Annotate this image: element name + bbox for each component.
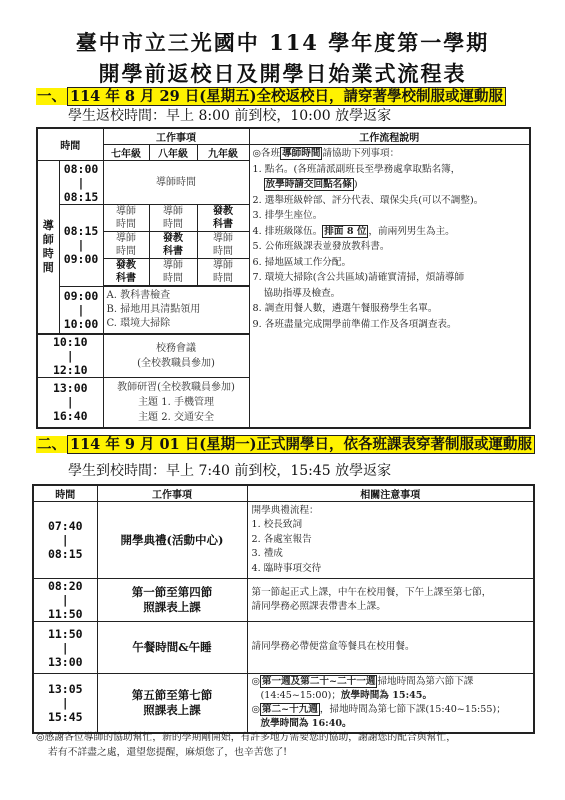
notes-lunch: 請同學務必帶便當盒等餐具在校用餐。 xyxy=(247,622,534,674)
header-grade7: 七年級 xyxy=(103,145,149,161)
process-item-7-cont: 協助指導及檢查。 xyxy=(253,286,527,302)
process-item-4: 4. 排班級隊伍。排面 8 位，前兩列男生為主。 xyxy=(253,224,527,240)
time-cell: 09:00|10:00 xyxy=(59,286,103,334)
grid-cell-textbook: 發教科書 xyxy=(149,232,197,259)
task-lunch: 午餐時間&午睡 xyxy=(97,622,247,674)
process-item-6: 6. 掃地區域工作分配。 xyxy=(253,255,527,271)
return-day-table: 時間 工作事項 工作流程說明 七年級 八年級 九年級 ◎各班導師時間請協助下列事… xyxy=(36,127,531,429)
process-item-3: 3. 排學生座位。 xyxy=(253,208,527,224)
section2-heading-text: 114 年 9 月 01 日(星期一)正式開學日，依各班課表穿著制服或運動服 xyxy=(67,435,535,454)
task-homeroom: 導師時間 xyxy=(103,161,249,205)
footer-line2: 若有不詳盡之處，還望您提醒，麻煩您了，也辛苦您了! xyxy=(48,746,287,760)
process-item-1-cont: 放學時請交回點名條) xyxy=(253,177,527,193)
time-cell: 08:00|08:15 xyxy=(59,161,103,205)
task-opening-ceremony: 開學典禮(活動中心) xyxy=(97,502,247,579)
section2-subtitle: 學生到校時間：早上 7:40 前到校，15:45 放學返家 xyxy=(68,462,391,480)
process-description: ◎各班導師時間請協助下列事項： 1. 點名。(各班請派副班長至學務處拿取點名簿，… xyxy=(249,145,530,428)
cleanup-tasks: A. 教科書檢查 B. 掃地用具清點領用 C. 環境大掃除 xyxy=(103,286,249,334)
process-item-9: 9. 各班盡量完成開學前準備工作及各項調查表。 xyxy=(253,317,527,333)
time-cell: 13:05|15:45 xyxy=(33,674,97,734)
header-work-items: 工作事項 xyxy=(103,128,249,145)
header-process: 工作流程說明 xyxy=(249,128,530,145)
process-item-7: 7. 環境大掃除(含公共區域)請確實清掃，煩請導師 xyxy=(253,270,527,286)
footer-line1: ◎感謝各位導師的協助幫忙，新的學期剛開始，有許多地方需要您的協助，謝謝您的配合與… xyxy=(36,731,456,745)
header-notes: 相關注意事項 xyxy=(247,485,534,502)
section2-heading: 二、114 年 9 月 01 日(星期一)正式開學日，依各班課表穿著制服或運動服 xyxy=(36,436,535,454)
grid-cell: 導師時間 xyxy=(103,232,149,259)
grid-cell: 導師時間 xyxy=(197,259,249,287)
document-title-line1: 臺中市立三光國中 114 學年度第一學期 xyxy=(0,30,565,56)
task-periods-1-4: 第一節至第四節照課表上課 xyxy=(97,579,247,622)
process-item-1: 1. 點名。(各班請派副班長至學務處拿取點名簿， xyxy=(253,162,527,178)
process-item-8: 8. 調查用餐人數，遴選午餐服務學生名單。 xyxy=(253,301,527,317)
notes-periods-5-7: ◎第一週及第二十~二十一週掃地時間為第六節下課 (14:45~15:00)；放學… xyxy=(247,674,534,734)
time-cell: 13:00|16:40 xyxy=(37,378,103,428)
grid-cell-textbook: 發教科書 xyxy=(197,205,249,232)
task-staff-meeting: 校務會議(全校教職員參加) xyxy=(103,334,249,378)
first-day-table: 時間 工作事項 相關注意事項 07:40|08:15 開學典禮(活動中心) 開學… xyxy=(32,484,535,734)
notes-periods-1-4: 第一節起正式上課，中午在校用餐，下午上課至第七節， 請同學務必照課表帶書本上課。 xyxy=(247,579,534,622)
time-cell: 11:50|13:00 xyxy=(33,622,97,674)
homeroom-vertical-label: 導師時間 xyxy=(37,161,59,335)
grid-cell: 導師時間 xyxy=(103,205,149,232)
process-intro: ◎各班導師時間請協助下列事項： xyxy=(253,146,527,162)
header-time: 時間 xyxy=(33,485,97,502)
notes-opening-ceremony: 開學典禮流程： 1. 校長致詞 2. 各處室報告 3. 禮成 4. 臨時事項交待 xyxy=(247,502,534,579)
process-item-2: 2. 選舉班級幹部、評分代表、環保尖兵(可以不調整)。 xyxy=(253,193,527,209)
task-teacher-workshop: 教師研習(全校教職員參加)主題 1. 手機管理主題 2. 交通安全 xyxy=(103,378,249,428)
time-cell: 08:20|11:50 xyxy=(33,579,97,622)
grid-cell: 導師時間 xyxy=(197,232,249,259)
section1-prefix: 一、 xyxy=(36,88,67,105)
time-cell: 10:10|12:10 xyxy=(37,334,103,378)
time-cell: 08:15|09:00 xyxy=(59,205,103,287)
grid-cell-textbook: 發教科書 xyxy=(103,259,149,287)
section1-heading-text: 114 年 8 月 29 日(星期五)全校返校日，請穿著學校制服或運動服 xyxy=(67,87,506,106)
time-cell: 07:40|08:15 xyxy=(33,502,97,579)
section2-prefix: 二、 xyxy=(36,436,67,453)
process-item-5: 5. 公佈班級課表並發放教科書。 xyxy=(253,239,527,255)
task-periods-5-7: 第五節至第七節照課表上課 xyxy=(97,674,247,734)
section1-subtitle: 學生返校時間：早上 8:00 前到校，10:00 放學返家 xyxy=(68,107,391,125)
header-time: 時間 xyxy=(37,128,103,161)
header-work-items: 工作事項 xyxy=(97,485,247,502)
document-title-line2: 開學前返校日及開學日始業式流程表 xyxy=(0,61,565,87)
section1-heading: 一、114 年 8 月 29 日(星期五)全校返校日，請穿著學校制服或運動服 xyxy=(36,88,506,106)
grid-cell: 導師時間 xyxy=(149,205,197,232)
grid-cell: 導師時間 xyxy=(149,259,197,287)
header-grade8: 八年級 xyxy=(149,145,197,161)
header-grade9: 九年級 xyxy=(197,145,249,161)
